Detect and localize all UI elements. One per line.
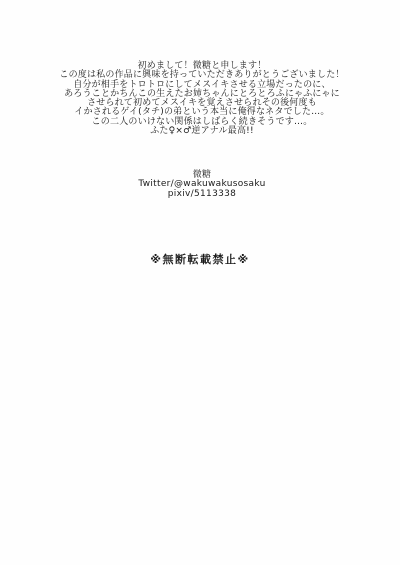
credits-block: 微糖 Twitter/@wakuwakusosaku pixiv/5113338: [0, 171, 400, 199]
afterword-text-block: 初めまして！微糖と申します！ この度は私の作品に興味を持っていただきありがとうご…: [0, 62, 400, 136]
afterword-line: ふた♀×♂逆アナル最高!!: [4, 127, 400, 136]
afterword-page: 初めまして！微糖と申します！ この度は私の作品に興味を持っていただきありがとうご…: [0, 0, 400, 565]
no-reprint-notice: ※無断転載禁止※: [0, 251, 400, 267]
pixiv-id: pixiv/5113338: [4, 190, 400, 199]
